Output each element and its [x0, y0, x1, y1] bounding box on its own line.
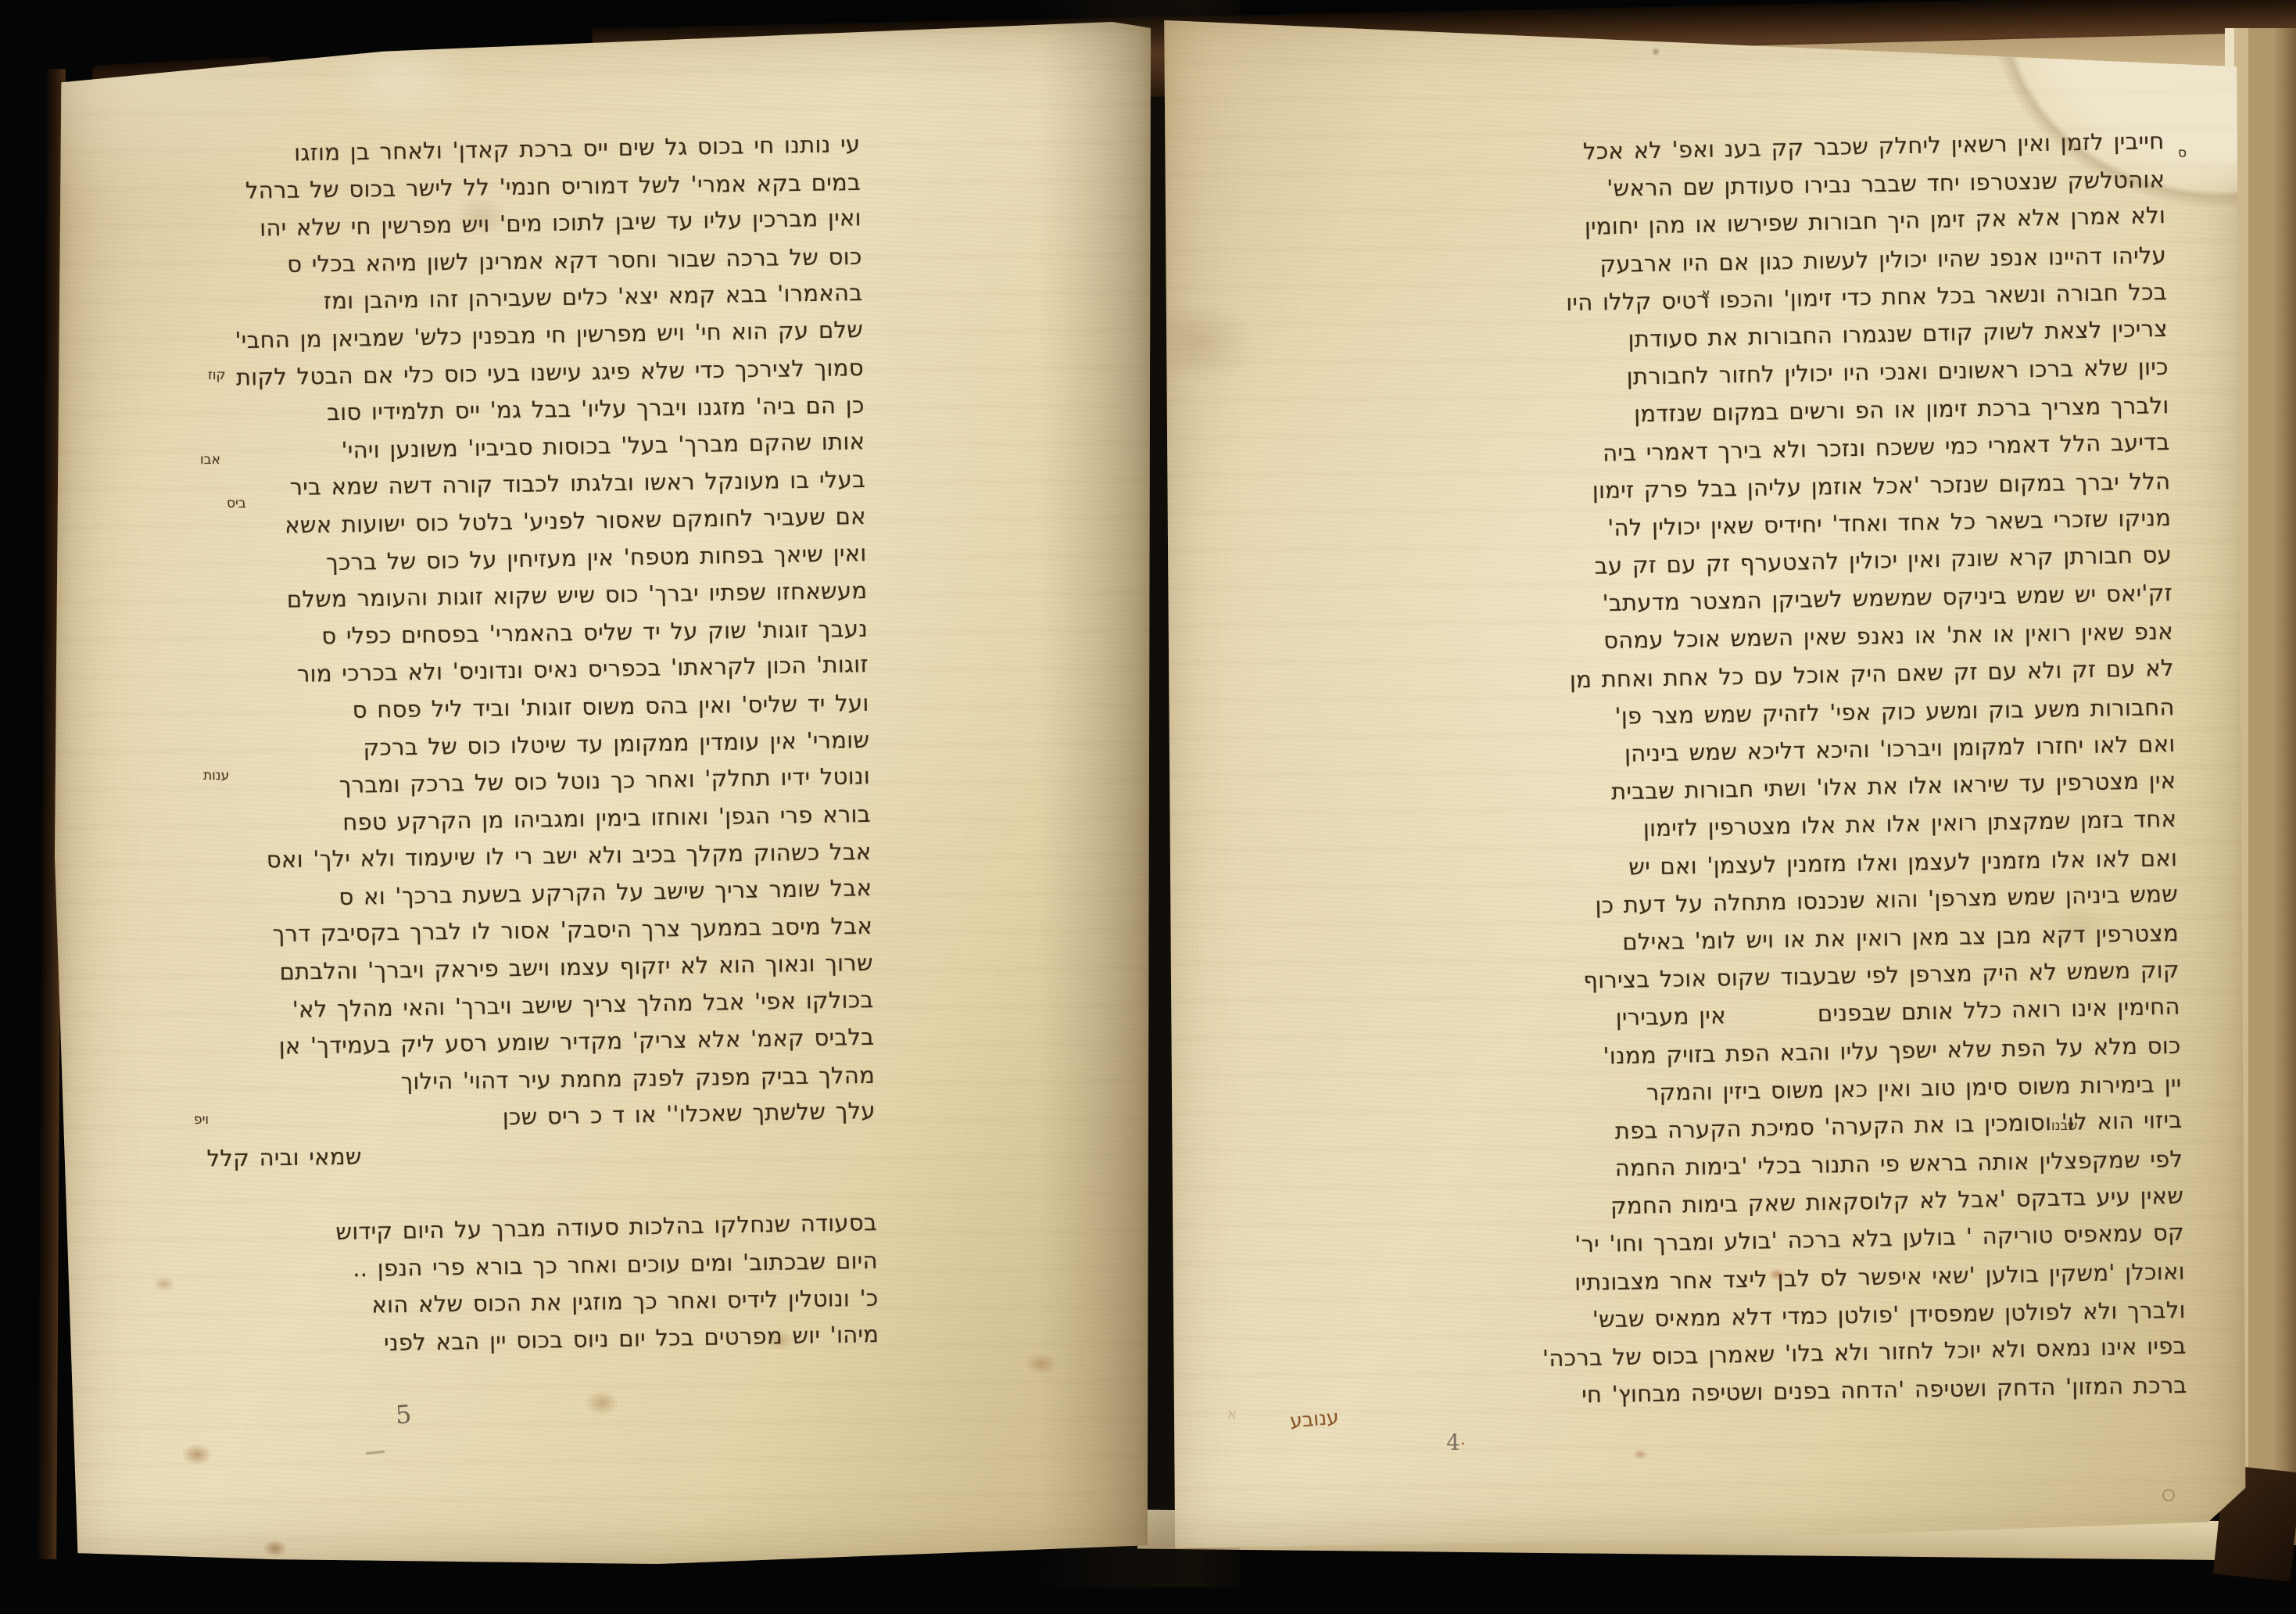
- manuscript-spread-photo: עי נותנו חי בכוס גל שים ייס ברכת קאדן' ו…: [0, 0, 2296, 1614]
- marginal-note: קוז: [208, 368, 226, 383]
- right-folio-digit: 4: [1446, 1429, 1460, 1455]
- right-folio-number: 4·: [1446, 1429, 1472, 1455]
- right-page: חייבין לזמן ואין רשאין ליחלק שכבר קק בענ…: [1155, 6, 2250, 1556]
- wormhole-mark: [2162, 1489, 2175, 1501]
- marginal-note: ביס: [227, 496, 246, 511]
- faint-letter-mark: א: [1227, 1406, 1237, 1422]
- marginal-note: ענות: [203, 768, 229, 784]
- marginal-note: ס: [2178, 145, 2187, 161]
- marginal-note: אבו: [200, 452, 220, 468]
- interlinear-note: א: [1701, 286, 1710, 302]
- interlinear-note: שבנו: [2051, 1118, 2077, 1134]
- marginal-note: ויפ: [194, 1112, 209, 1128]
- left-page: עי נותנו חי בכוס גל שים ייס ברכת קאדן' ו…: [55, 17, 1151, 1570]
- left-page-text: עי נותנו חי בכוס גל שים ייס ברכת קאדן' ו…: [155, 127, 879, 1366]
- catchword: ענובע: [1289, 1405, 1340, 1432]
- folio-dot: ·: [1460, 1435, 1466, 1454]
- left-folio-number: 5: [395, 1399, 413, 1429]
- right-page-text: חייבין לזמן ואין רשאין ליחלק שכבר קק בענ…: [1243, 124, 2187, 1422]
